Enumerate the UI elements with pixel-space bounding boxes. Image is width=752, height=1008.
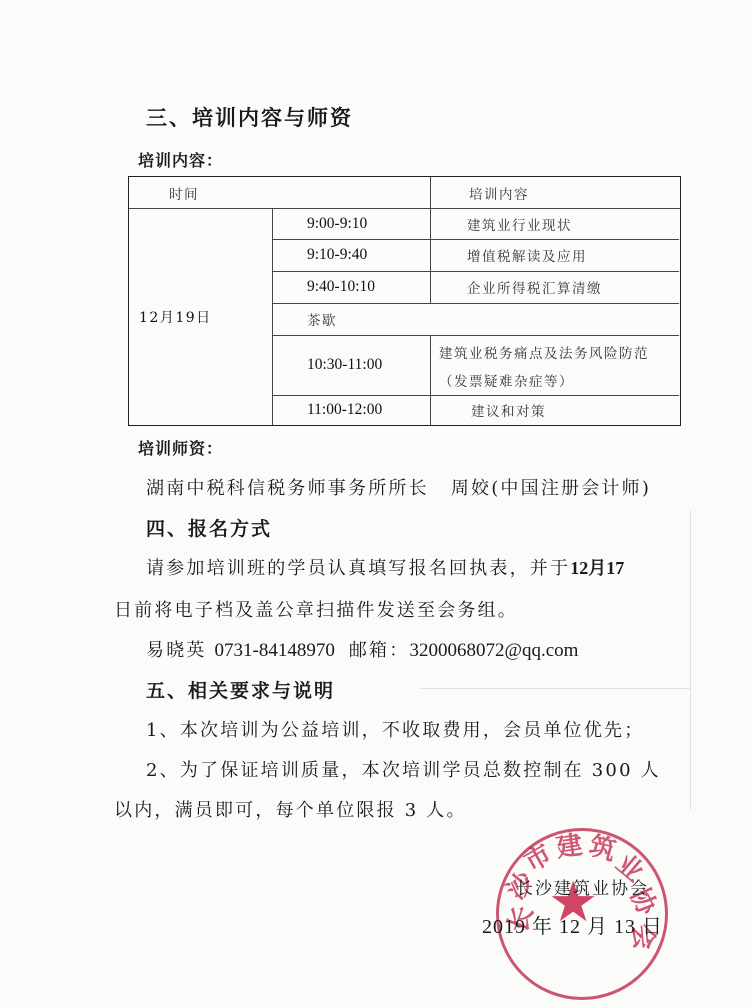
registration-deadline: 12月17 xyxy=(570,558,624,578)
schedule-table: 时间 培训内容 12月19日 9:00-9:10 建筑业行业现状 9:10-9:… xyxy=(128,176,681,426)
table-divider xyxy=(430,177,431,208)
requirement-item-1: 1、本次培训为公益培训，不收取费用，会员单位优先； xyxy=(146,716,644,742)
row-content: 增值税解读及应用 xyxy=(467,239,587,271)
registration-text: 请参加培训班的学员认真填写报名回执表，并于 xyxy=(146,558,570,579)
contact-email[interactable]: 3200068072@qq.com xyxy=(409,640,578,661)
row-content-line2: （发票疑难杂症等） xyxy=(439,367,574,393)
row-content: 建筑业行业现状 xyxy=(467,208,572,239)
teacher-line: 湖南中税科信税务师事务所所长周姣(中国注册会计师) xyxy=(146,474,651,500)
row-time: 10:30-11:00 xyxy=(307,335,382,395)
signature-org: 长沙建筑业协会 xyxy=(516,874,649,899)
signature-date: 2019 年 12 月 13 日 xyxy=(482,910,663,939)
requirement-item-2: 2、为了保证培训质量，本次培训学员总数控制在 300 人 xyxy=(146,756,661,782)
date-cell: 12月19日 xyxy=(139,208,272,425)
teacher-label: 培训师资： xyxy=(138,436,223,459)
row-content: 建议和对策 xyxy=(471,395,546,425)
seal-char: 建 xyxy=(554,824,585,864)
row-content: 建筑业税务痛点及法务风险防范 xyxy=(439,339,649,365)
registration-para-line2: 日前将电子档及盖公章扫描件发送至会务组。 xyxy=(114,596,518,622)
registration-para-line1: 请参加培训班的学员认真填写报名回执表，并于12月17 xyxy=(146,554,624,580)
section-title-registration: 四、报名方式 xyxy=(146,514,272,541)
teacher-org: 湖南中税科信税务师事务所所长 xyxy=(146,478,429,499)
row-time: 9:40-10:10 xyxy=(307,271,375,303)
table-divider xyxy=(430,335,431,425)
requirement-item-2-cont: 以内，满员即可，每个单位限报 3 人。 xyxy=(114,796,467,822)
row-time: 9:10-9:40 xyxy=(307,239,367,271)
contact-phone: 0731-84148970 xyxy=(215,640,335,661)
training-content-label: 培训内容： xyxy=(138,148,223,171)
contact-name: 易晓英 xyxy=(146,640,207,661)
header-time: 时间 xyxy=(169,177,199,208)
header-content: 培训内容 xyxy=(469,177,529,208)
scan-artifact xyxy=(420,688,690,689)
contact-line: 易晓英 0731-84148970邮箱：3200068072@qq.com xyxy=(146,636,578,662)
section-title-requirements: 五、相关要求与说明 xyxy=(146,676,335,703)
section-title-training: 三、培训内容与师资 xyxy=(146,102,353,132)
teacher-name: 周姣(中国注册会计师) xyxy=(451,478,651,499)
table-divider xyxy=(272,208,273,425)
tea-break: 茶歇 xyxy=(307,303,337,335)
row-time: 9:00-9:10 xyxy=(307,208,367,239)
row-time: 11:00-12:00 xyxy=(307,395,382,425)
email-label: 邮箱： xyxy=(349,640,410,661)
table-divider xyxy=(430,208,431,303)
row-content: 企业所得税汇算清缴 xyxy=(467,271,602,303)
scan-artifact xyxy=(690,510,691,810)
